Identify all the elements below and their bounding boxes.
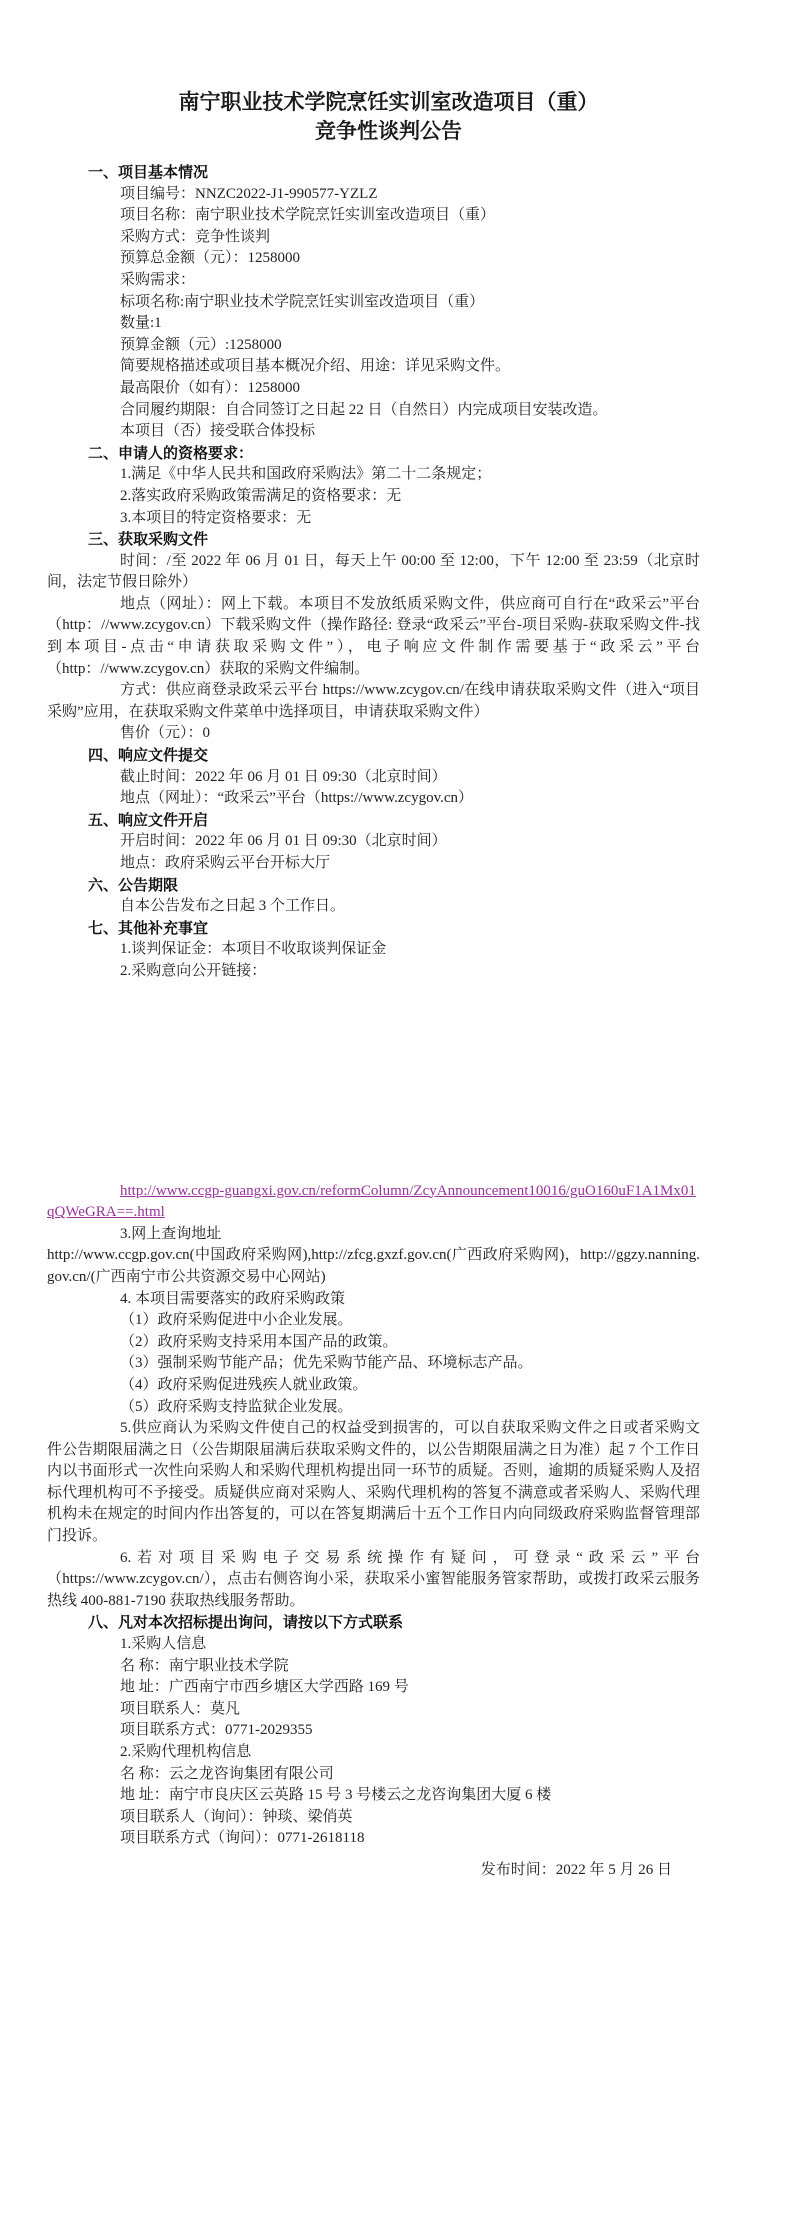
section-heading: 八、凡对本次招标提出询问，请按以下方式联系 xyxy=(47,1612,700,1634)
doc-line: 自本公告发布之日起 3 个工作日。 xyxy=(47,896,700,918)
doc-line: 2.采购意向公开链接： xyxy=(47,961,700,983)
doc-line: 地点（网址）：网上下载。本项目不发放纸质采购文件，供应商可自行在“政采云”平台（… xyxy=(47,594,700,680)
section-heading: 二、申请人的资格要求： xyxy=(47,443,700,465)
document-body: 南宁职业技术学院烹饪实训室改造项目（重） 竞争性谈判公告 一、项目基本情况项目编… xyxy=(0,0,790,1882)
announcement-link[interactable]: http://www.ccgp-guangxi.gov.cn/reformCol… xyxy=(47,1181,700,1224)
doc-line: 地点：政府采购云平台开标大厅 xyxy=(47,853,700,875)
doc-line: 5.供应商认为采购文件使自己的权益受到损害的，可以自获取采购文件之日或者采购文件… xyxy=(47,1418,700,1548)
doc-line: 数量:1 xyxy=(47,313,700,335)
doc-line: 本项目（否）接受联合体投标 xyxy=(47,421,700,443)
section-heading: 三、获取采购文件 xyxy=(47,529,700,551)
doc-line: 名 称：南宁职业技术学院 xyxy=(47,1656,700,1678)
doc-line: 项目名称：南宁职业技术学院烹饪实训室改造项目（重） xyxy=(47,205,700,227)
doc-line: 售价（元）：0 xyxy=(47,723,700,745)
doc-line: 开启时间：2022 年 06 月 01 日 09:30（北京时间） xyxy=(47,831,700,853)
doc-line: 截止时间：2022 年 06 月 01 日 09:30（北京时间） xyxy=(47,767,700,789)
doc-line: 预算金额（元）:1258000 xyxy=(47,335,700,357)
doc-line: 最高限价（如有）：1258000 xyxy=(47,378,700,400)
doc-line: 项目联系人（询问）：钟琰、梁俏英 xyxy=(47,1807,700,1829)
doc-line: 地点（网址）：“政采云”平台（https://www.zcygov.cn） xyxy=(47,788,700,810)
doc-line: （2）政府采购支持采用本国产品的政策。 xyxy=(47,1332,700,1354)
doc-line: （3）强制采购节能产品；优先采购节能产品、环境标志产品。 xyxy=(47,1353,700,1375)
doc-line: 项目联系方式（询问）：0771-2618118 xyxy=(47,1828,700,1850)
doc-line: 名 称：云之龙咨询集团有限公司 xyxy=(47,1764,700,1786)
document-title-line-2: 竞争性谈判公告 xyxy=(77,117,700,146)
doc-line: （5）政府采购支持监狱企业发展。 xyxy=(47,1397,700,1419)
section-heading: 六、公告期限 xyxy=(47,875,700,897)
doc-line: http://www.ccgp.gov.cn(中国政府采购网),http://z… xyxy=(47,1245,700,1288)
doc-line: 1.采购人信息 xyxy=(47,1634,700,1656)
blank-gap xyxy=(47,983,700,1181)
doc-line: 地 址：南宁市良庆区云英路 15 号 3 号楼云之龙咨询集团大厦 6 楼 xyxy=(47,1785,700,1807)
document-title: 南宁职业技术学院烹饪实训室改造项目（重） 竞争性谈判公告 xyxy=(47,0,700,146)
doc-line: 2.采购代理机构信息 xyxy=(47,1742,700,1764)
section-heading: 七、其他补充事宜 xyxy=(47,918,700,940)
doc-line: 合同履约期限：自合同签订之日起 22 日（自然日）内完成项目安装改造。 xyxy=(47,400,700,422)
section-heading: 一、项目基本情况 xyxy=(47,162,700,184)
doc-line: 项目编号：NNZC2022-J1-990577-YZLZ xyxy=(47,184,700,206)
doc-line: 方式：供应商登录政采云平台 https://www.zcygov.cn/在线申请… xyxy=(47,680,700,723)
doc-line: （1）政府采购促进中小企业发展。 xyxy=(47,1310,700,1332)
document-blocks: 一、项目基本情况项目编号：NNZC2022-J1-990577-YZLZ项目名称… xyxy=(47,162,700,1850)
doc-line: 6.若对项目采购电子交易系统操作有疑问，可登录“政采云”平台（https://w… xyxy=(47,1548,700,1613)
doc-line: 项目联系人：莫凡 xyxy=(47,1699,700,1721)
doc-line: 简要规格描述或项目基本概况介绍、用途：详见采购文件。 xyxy=(47,356,700,378)
doc-line: 标项名称:南宁职业技术学院烹饪实训室改造项目（重） xyxy=(47,292,700,314)
doc-line: 1.满足《中华人民共和国政府采购法》第二十二条规定； xyxy=(47,464,700,486)
doc-line: （4）政府采购促进残疾人就业政策。 xyxy=(47,1375,700,1397)
announcement-page: { "document": { "title": [ "南宁职业技术学院烹饪实训… xyxy=(0,0,790,2236)
doc-line: 3.本项目的特定资格要求：无 xyxy=(47,508,700,530)
doc-line: 采购方式：竞争性谈判 xyxy=(47,227,700,249)
section-heading: 五、响应文件开启 xyxy=(47,810,700,832)
doc-line: 1.谈判保证金：本项目不收取谈判保证金 xyxy=(47,939,700,961)
doc-line: 2.落实政府采购政策需满足的资格要求：无 xyxy=(47,486,700,508)
doc-line: 地 址：广西南宁市西乡塘区大学西路 169 号 xyxy=(47,1677,700,1699)
doc-line: 时间：/至 2022 年 06 月 01 日，每天上午 00:00 至 12:0… xyxy=(47,551,700,594)
doc-line: 4. 本项目需要落实的政府采购政策 xyxy=(47,1289,700,1311)
section-heading: 四、响应文件提交 xyxy=(47,745,700,767)
doc-line: 预算总金额（元）：1258000 xyxy=(47,248,700,270)
document-title-line-1: 南宁职业技术学院烹饪实训室改造项目（重） xyxy=(77,88,700,117)
doc-line: 3.网上查询地址 xyxy=(47,1224,700,1246)
publish-date: 发布时间：2022 年 5 月 26 日 xyxy=(47,1860,700,1882)
doc-line: 采购需求： xyxy=(47,270,700,292)
doc-line: 项目联系方式：0771-2029355 xyxy=(47,1720,700,1742)
